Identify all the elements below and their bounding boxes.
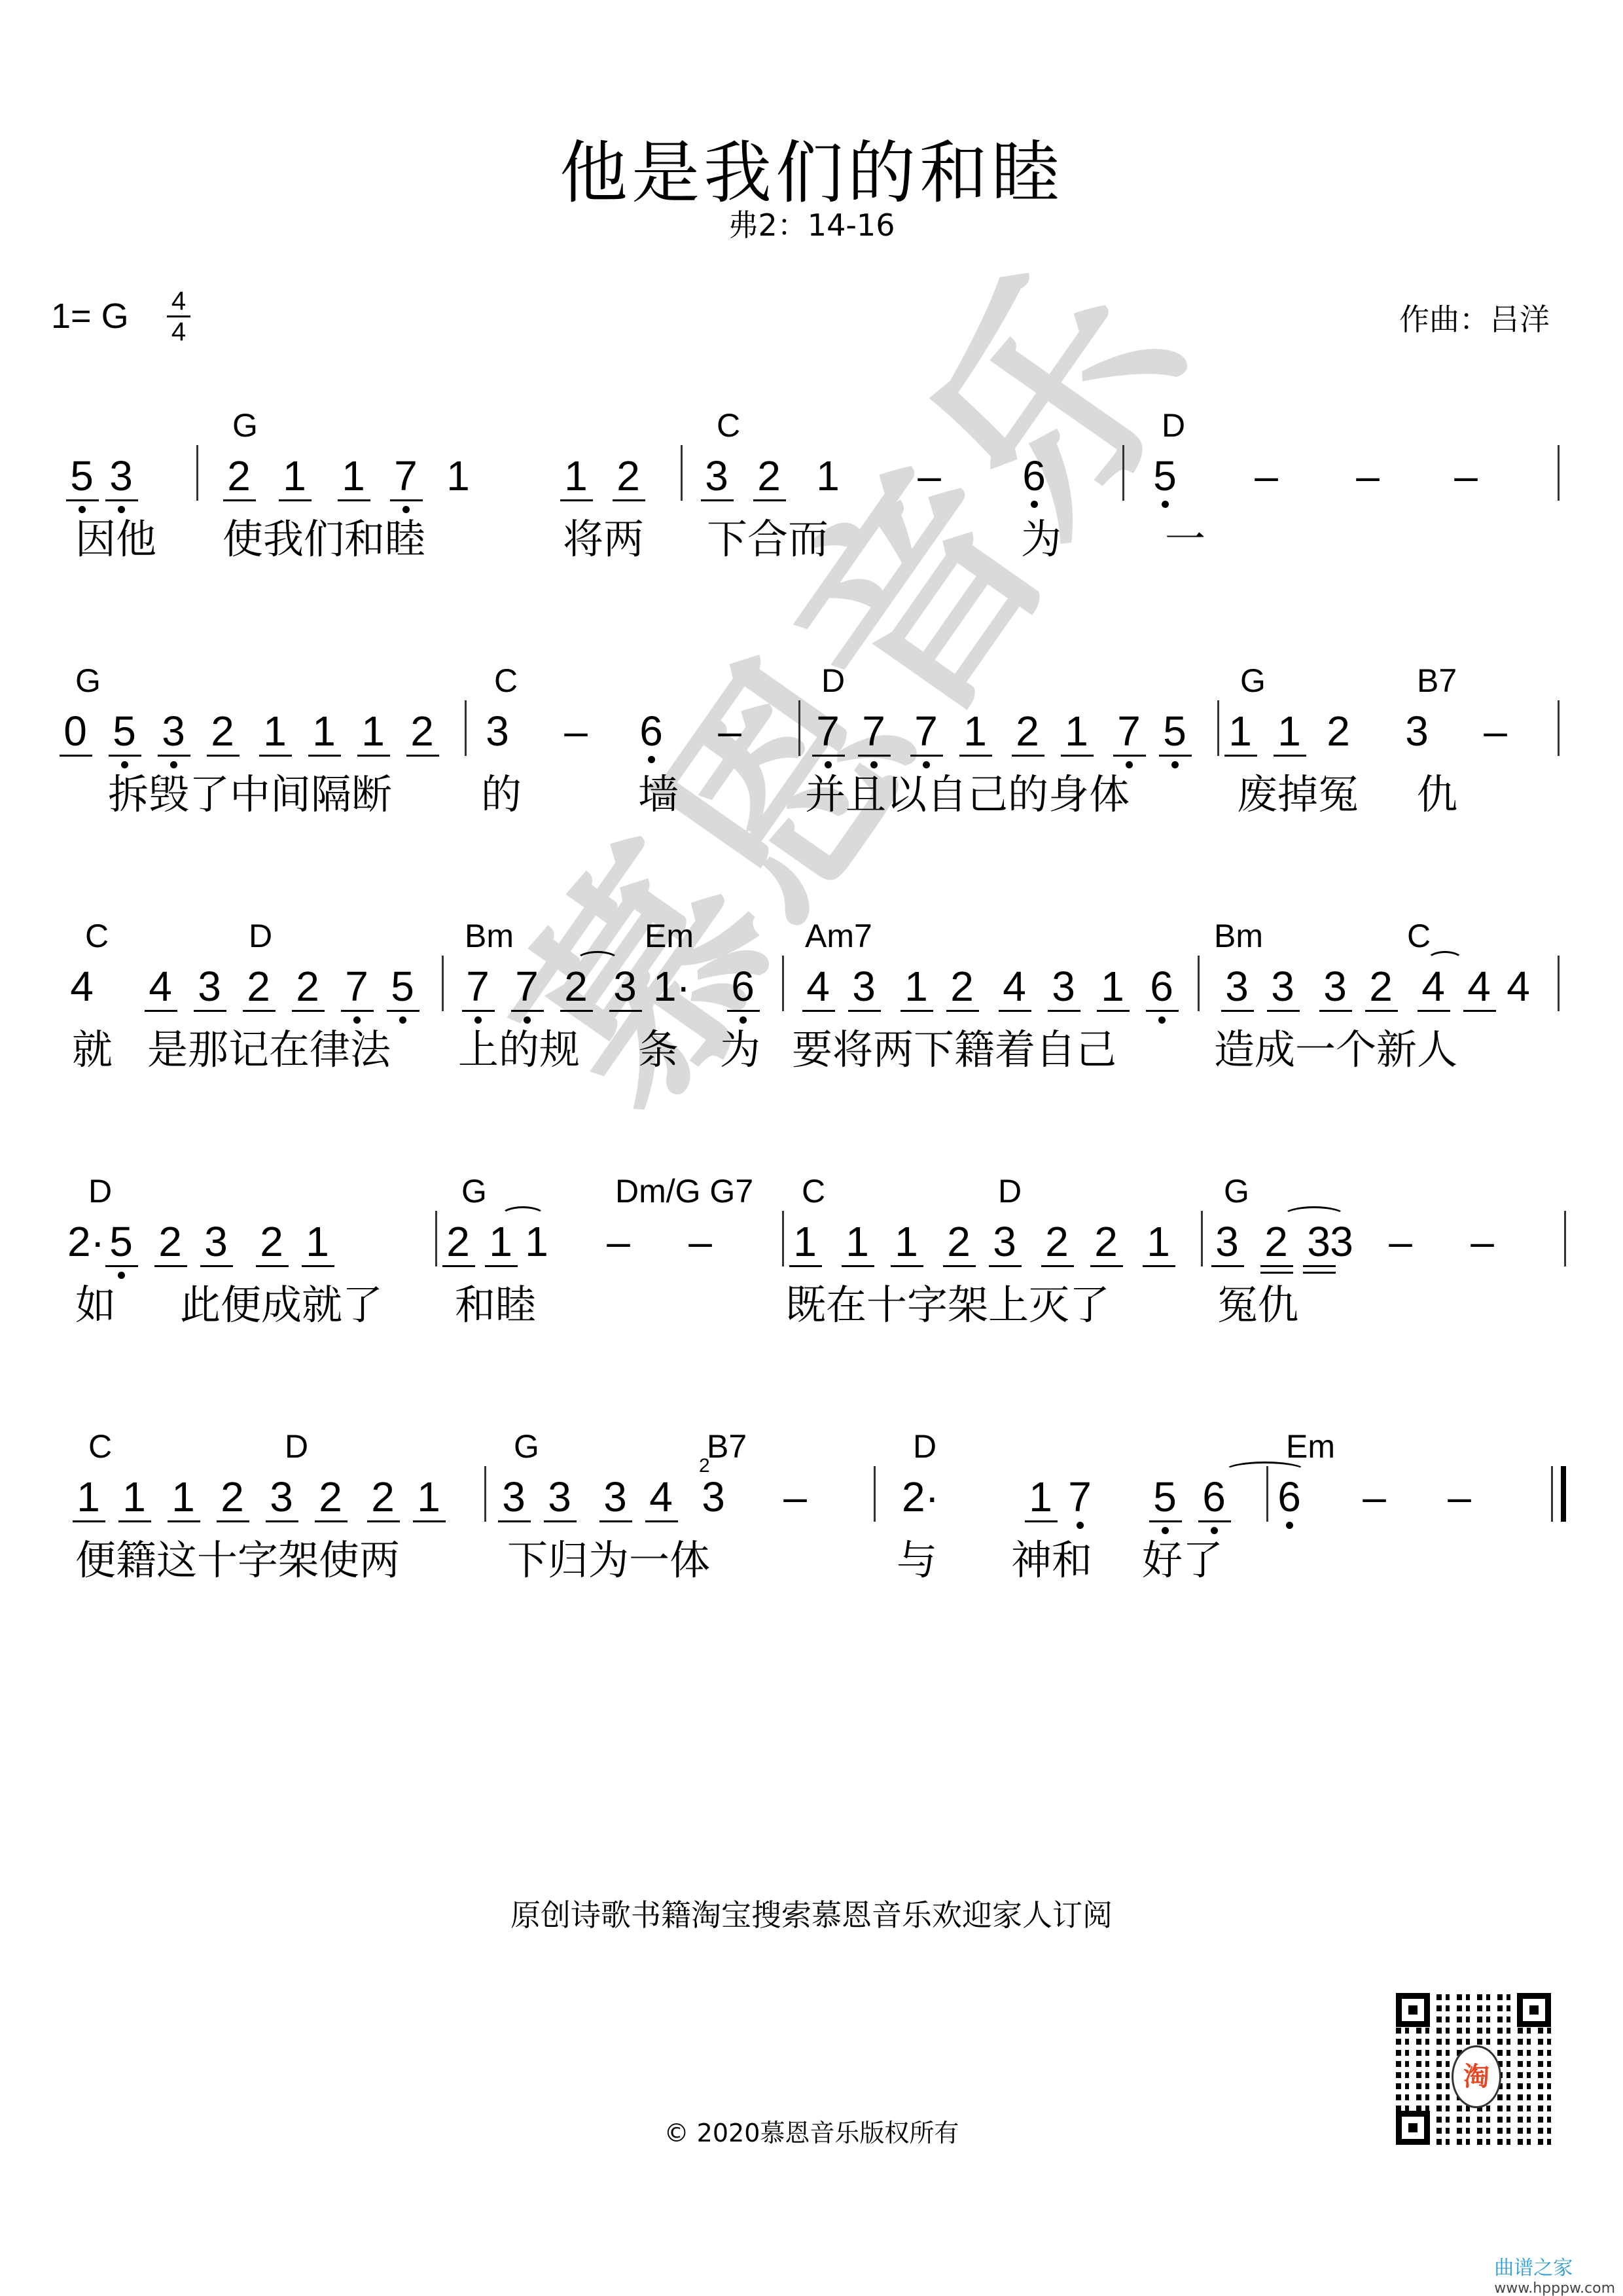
note: 6 bbox=[728, 965, 757, 1007]
time-signature-top: 4 bbox=[167, 288, 190, 314]
tie-slur bbox=[1224, 1462, 1306, 1480]
note: 2 bbox=[1092, 1221, 1120, 1263]
lyric-segment: 便籍这十字架使两 bbox=[75, 1540, 400, 1581]
note: 1 bbox=[74, 1476, 103, 1518]
note: 5 bbox=[388, 965, 417, 1007]
beam-underline bbox=[1012, 755, 1044, 757]
chord-symbol: G bbox=[461, 1175, 487, 1208]
beam-underline bbox=[1303, 1265, 1336, 1267]
note: 3 bbox=[545, 1476, 574, 1518]
beam-underline bbox=[279, 499, 312, 501]
beam-underline bbox=[66, 499, 99, 501]
note: 3 bbox=[195, 965, 224, 1007]
note: 7 bbox=[463, 965, 492, 1007]
chord-symbol: Em bbox=[645, 920, 694, 952]
note: 2· bbox=[902, 1476, 931, 1518]
beam-underline bbox=[1211, 1265, 1244, 1267]
barline bbox=[484, 1466, 486, 1522]
chord-symbol: C bbox=[802, 1175, 825, 1208]
beam-underline bbox=[1025, 1520, 1058, 1522]
note: 7 bbox=[859, 710, 888, 752]
note: 4 bbox=[146, 965, 175, 1007]
low-octave-dot bbox=[648, 756, 655, 763]
beam-underline bbox=[989, 1265, 1022, 1267]
lyric-segment: 下归为一体 bbox=[507, 1540, 710, 1581]
note: 1 bbox=[522, 1221, 551, 1263]
chord-symbol: C bbox=[88, 1430, 112, 1463]
beam-underline bbox=[118, 1520, 151, 1522]
note: 1 bbox=[1144, 1221, 1173, 1263]
beam-underline-2 bbox=[1303, 1272, 1336, 1274]
tie-slur bbox=[576, 951, 619, 970]
beam-underline bbox=[1159, 755, 1192, 757]
note: 1 bbox=[1226, 710, 1255, 752]
beam-underline bbox=[302, 1265, 334, 1267]
lyric-segment: 既在十字架上灭了 bbox=[785, 1285, 1110, 1325]
beam-underline bbox=[1146, 1010, 1179, 1012]
sustain-dash: – bbox=[1360, 1476, 1389, 1518]
note: 1 bbox=[310, 710, 338, 752]
note: 1 bbox=[843, 1221, 872, 1263]
beam-underline bbox=[145, 1010, 177, 1012]
beam-underline bbox=[266, 1520, 298, 1522]
beam-underline-2 bbox=[1260, 1272, 1293, 1274]
sustain-dash: – bbox=[562, 710, 590, 752]
beam-underline bbox=[544, 1520, 577, 1522]
beam-underline bbox=[259, 755, 292, 757]
beam-underline bbox=[168, 1520, 200, 1522]
site-logo[interactable]: 曲谱之家 www.hpppw.com bbox=[1494, 2251, 1615, 2296]
beam-underline bbox=[338, 499, 370, 501]
note: 6 bbox=[1275, 1476, 1304, 1518]
chord-symbol: G bbox=[232, 409, 258, 442]
note: 5 bbox=[1150, 1476, 1179, 1518]
note: 2 bbox=[293, 965, 322, 1007]
barline bbox=[1558, 445, 1560, 501]
beam-underline bbox=[406, 755, 439, 757]
chord-symbol: D bbox=[88, 1175, 112, 1208]
note: 3 bbox=[1327, 1221, 1356, 1263]
note: 1 bbox=[444, 455, 473, 497]
beam-underline bbox=[1267, 1010, 1300, 1012]
note: 7 bbox=[342, 965, 371, 1007]
beam-underline bbox=[1221, 1010, 1254, 1012]
chord-symbol: D bbox=[249, 920, 272, 952]
note: 1 bbox=[1026, 1476, 1055, 1518]
low-octave-dot bbox=[118, 506, 125, 513]
low-octave-dot bbox=[474, 1016, 482, 1024]
note: 3 bbox=[702, 455, 731, 497]
beam-underline bbox=[613, 499, 645, 501]
beam-underline bbox=[1061, 755, 1094, 757]
chord-symbol: D bbox=[998, 1175, 1022, 1208]
beam-underline bbox=[959, 755, 992, 757]
time-signature-bottom: 4 bbox=[167, 319, 190, 345]
time-signature: 4 4 bbox=[167, 288, 190, 345]
site-logo-name: 曲谱之家 bbox=[1494, 2257, 1573, 2280]
beam-underline bbox=[109, 755, 141, 757]
beam-underline bbox=[1365, 1010, 1398, 1012]
beam-underline bbox=[599, 1520, 632, 1522]
note: 3 bbox=[483, 710, 512, 752]
lyric-segment: 要将两下籍着自己 bbox=[792, 1030, 1116, 1070]
note: 1 bbox=[169, 1476, 198, 1518]
lyric-segment: 并且以自己的身体 bbox=[805, 774, 1130, 815]
low-octave-dot bbox=[170, 761, 177, 768]
note: 2 bbox=[944, 1221, 973, 1263]
note: 7 bbox=[1115, 710, 1143, 752]
final-barline bbox=[1561, 1466, 1566, 1522]
beam-underline bbox=[200, 1265, 233, 1267]
note: 7 bbox=[391, 455, 420, 497]
beam-underline bbox=[999, 1010, 1031, 1012]
note: 3 bbox=[267, 1476, 296, 1518]
lyric-segment: 拆毁了中间隔断 bbox=[108, 774, 392, 815]
beam-underline bbox=[498, 1520, 531, 1522]
note: 3 bbox=[202, 1221, 230, 1263]
sustain-dash: – bbox=[604, 1221, 633, 1263]
low-octave-dot bbox=[1126, 761, 1133, 768]
chord-symbol: C bbox=[717, 409, 740, 442]
lyric-segment: 如 bbox=[75, 1285, 116, 1325]
scripture-reference: 弗2：14-16 bbox=[0, 202, 1623, 245]
note: 1 bbox=[280, 455, 309, 497]
beam-underline bbox=[292, 1010, 325, 1012]
lyric-segment: 下合而 bbox=[707, 519, 829, 560]
note: 1 bbox=[902, 965, 931, 1007]
barline bbox=[196, 445, 198, 501]
low-octave-dot bbox=[353, 1016, 361, 1024]
low-octave-dot bbox=[740, 1016, 747, 1024]
low-octave-dot bbox=[402, 506, 410, 513]
note: 4 bbox=[1465, 965, 1493, 1007]
beam-underline bbox=[315, 1520, 348, 1522]
beam-underline bbox=[207, 755, 240, 757]
note: 3 bbox=[601, 1476, 630, 1518]
lyric-segment: 使我们和睦 bbox=[223, 519, 425, 560]
beam-underline bbox=[842, 1265, 874, 1267]
note: 1 bbox=[260, 710, 289, 752]
chord-symbol: C bbox=[494, 664, 518, 697]
beam-underline bbox=[1041, 1265, 1074, 1267]
lyric-segment: 是那记在律法 bbox=[147, 1030, 391, 1070]
site-logo-url: www.hpppw.com bbox=[1494, 2280, 1615, 2296]
note: 2 bbox=[224, 455, 253, 497]
note: 2 bbox=[316, 1476, 345, 1518]
beam-underline bbox=[848, 1010, 881, 1012]
barline bbox=[1198, 956, 1200, 1011]
beam-underline bbox=[194, 1010, 226, 1012]
barline bbox=[1217, 700, 1219, 756]
composer-credit: 作曲：吕洋 bbox=[1399, 296, 1550, 339]
beam-underline bbox=[812, 755, 845, 757]
beam-underline bbox=[73, 1520, 105, 1522]
note: 3 bbox=[849, 965, 878, 1007]
beam-underline bbox=[158, 755, 190, 757]
beam-underline bbox=[442, 1265, 475, 1267]
low-octave-dot bbox=[923, 761, 930, 768]
chord-symbol: B7 bbox=[707, 1430, 747, 1463]
sustain-dash: – bbox=[781, 1476, 810, 1518]
beam-underline bbox=[727, 1010, 760, 1012]
note: 2 bbox=[156, 1221, 185, 1263]
note: 4 bbox=[647, 1476, 675, 1518]
chord-symbol: Em bbox=[1286, 1430, 1335, 1463]
note: 7 bbox=[1065, 1476, 1094, 1518]
note: 6 bbox=[637, 710, 666, 752]
note: 2 bbox=[1366, 965, 1395, 1007]
beam-underline bbox=[60, 755, 92, 757]
beam-underline bbox=[560, 1010, 593, 1012]
beam-underline bbox=[891, 1265, 923, 1267]
note: 2 bbox=[1043, 1221, 1071, 1263]
note: 2 bbox=[368, 1476, 397, 1518]
beam-underline bbox=[1143, 1265, 1175, 1267]
beam-underline bbox=[701, 499, 734, 501]
low-octave-dot bbox=[399, 1016, 406, 1024]
sustain-dash: – bbox=[1452, 455, 1480, 497]
note: 5 bbox=[1150, 455, 1179, 497]
beam-underline bbox=[858, 755, 891, 757]
beam-underline bbox=[1319, 1010, 1352, 1012]
barline bbox=[782, 956, 784, 1011]
note: 3 bbox=[1222, 965, 1251, 1007]
beam-underline bbox=[901, 1010, 933, 1012]
barline bbox=[782, 1211, 784, 1266]
beam-underline bbox=[308, 755, 341, 757]
note: 2 bbox=[408, 710, 437, 752]
note: 1 bbox=[892, 1221, 921, 1263]
chord-symbol: Am7 bbox=[805, 920, 872, 952]
beam-underline bbox=[1463, 1010, 1496, 1012]
beam-underline bbox=[341, 1010, 374, 1012]
note: 3 bbox=[107, 455, 135, 497]
note: 1 bbox=[961, 710, 990, 752]
note: 5 bbox=[67, 455, 96, 497]
chord-symbol: D bbox=[285, 1430, 308, 1463]
beam-underline bbox=[367, 1520, 400, 1522]
copyright-text: © 2020慕恩音乐版权所有 bbox=[0, 2113, 1623, 2149]
beam-underline bbox=[645, 1520, 678, 1522]
lyric-segment: 上的规 bbox=[458, 1030, 580, 1070]
sustain-dash: – bbox=[915, 455, 944, 497]
beam-underline bbox=[154, 1265, 187, 1267]
note: 1 bbox=[359, 710, 387, 752]
low-octave-dot bbox=[118, 1272, 125, 1279]
note: 2· bbox=[67, 1221, 96, 1263]
beam-underline bbox=[1274, 755, 1306, 757]
note: 1 bbox=[414, 1476, 443, 1518]
low-octave-dot bbox=[1031, 501, 1038, 508]
beam-underline bbox=[1260, 1265, 1293, 1267]
note: 3 bbox=[499, 1476, 528, 1518]
chord-symbol: D bbox=[821, 664, 845, 697]
note: 5 bbox=[1160, 710, 1189, 752]
note: 2 bbox=[1262, 1221, 1291, 1263]
chord-symbol: C bbox=[1407, 920, 1431, 952]
low-octave-dot bbox=[79, 506, 86, 513]
beam-underline bbox=[243, 1010, 276, 1012]
note: 4 bbox=[67, 965, 96, 1007]
promo-text: 原创诗歌书籍淘宝搜索慕恩音乐欢迎家人订阅 bbox=[0, 1892, 1623, 1935]
note: 4 bbox=[1419, 965, 1448, 1007]
note: 2 bbox=[1013, 710, 1042, 752]
low-octave-dot bbox=[870, 761, 878, 768]
note: 3 bbox=[1268, 965, 1297, 1007]
low-octave-dot bbox=[1077, 1522, 1084, 1529]
note: 0 bbox=[61, 710, 90, 752]
beam-underline bbox=[105, 499, 138, 501]
beam-underline bbox=[789, 1265, 822, 1267]
tie-slur bbox=[501, 1206, 545, 1225]
note: 6 bbox=[1200, 1476, 1228, 1518]
sustain-dash: – bbox=[1386, 1221, 1415, 1263]
beam-underline bbox=[1097, 1010, 1130, 1012]
note: 1 bbox=[486, 1221, 515, 1263]
low-octave-dot bbox=[121, 761, 128, 768]
note: 3 bbox=[159, 710, 188, 752]
lyric-segment: 条 bbox=[638, 1030, 679, 1070]
note: 2 bbox=[244, 965, 273, 1007]
note: 2 bbox=[1324, 710, 1353, 752]
beam-underline bbox=[1048, 1010, 1080, 1012]
barline bbox=[1551, 1466, 1553, 1522]
note: 2 bbox=[562, 965, 590, 1007]
chord-symbol: C bbox=[85, 920, 109, 952]
barline bbox=[874, 1466, 876, 1522]
low-octave-dot bbox=[1158, 1016, 1166, 1024]
beam-underline bbox=[802, 1010, 835, 1012]
barline bbox=[442, 956, 444, 1011]
lyric-segment: 墙 bbox=[638, 774, 679, 815]
beam-underline bbox=[485, 1265, 518, 1267]
chord-symbol: Bm bbox=[465, 920, 514, 952]
lyric-segment: 与 bbox=[897, 1540, 937, 1581]
barline bbox=[1558, 700, 1560, 756]
note: 1 bbox=[1275, 710, 1304, 752]
note: 4 bbox=[1000, 965, 1029, 1007]
note: 1 bbox=[813, 455, 842, 497]
lyric-segment: 为 bbox=[720, 1030, 760, 1070]
barline bbox=[1564, 1211, 1566, 1266]
chord-symbol: G bbox=[1224, 1175, 1249, 1208]
lyric-segment: 神和 bbox=[1011, 1540, 1092, 1581]
qr-finder-top-right bbox=[1517, 1993, 1551, 2027]
note: 5 bbox=[110, 710, 139, 752]
chord-symbol: Bm bbox=[1214, 920, 1263, 952]
low-octave-dot bbox=[825, 761, 832, 768]
barline bbox=[1558, 956, 1560, 1011]
note: 2 bbox=[948, 965, 976, 1007]
note: 6 bbox=[1020, 455, 1048, 497]
tie-slur bbox=[1283, 1206, 1346, 1225]
lyric-segment: 冤仇 bbox=[1217, 1285, 1298, 1325]
sustain-dash: – bbox=[715, 710, 744, 752]
beam-underline bbox=[462, 1010, 495, 1012]
beam-underline bbox=[387, 1010, 419, 1012]
note: 3 bbox=[1213, 1221, 1241, 1263]
beam-underline bbox=[1224, 755, 1257, 757]
low-octave-dot bbox=[1162, 1527, 1169, 1534]
lyric-segment: 就 bbox=[72, 1030, 113, 1070]
lyric-segment: 好了 bbox=[1142, 1540, 1223, 1581]
lyric-segment: 废掉冤 bbox=[1237, 774, 1359, 815]
chord-symbol: G bbox=[75, 664, 101, 697]
barline bbox=[435, 1211, 437, 1266]
lyric-segment: 的 bbox=[481, 774, 522, 815]
sustain-dash: – bbox=[1252, 455, 1281, 497]
lyric-segment: 造成一个新人 bbox=[1214, 1030, 1457, 1070]
lyric-segment: 一 bbox=[1165, 519, 1205, 560]
beam-underline bbox=[217, 1520, 249, 1522]
note: 6 bbox=[1147, 965, 1176, 1007]
note: 1 bbox=[562, 455, 590, 497]
sustain-dash: – bbox=[1468, 1221, 1497, 1263]
note: 5 bbox=[107, 1221, 135, 1263]
qr-finder-bottom-left bbox=[1396, 2111, 1430, 2145]
beam-underline bbox=[943, 1265, 976, 1267]
chord-symbol: Dm/G G7 bbox=[615, 1175, 753, 1208]
note: 2 bbox=[755, 455, 783, 497]
barline bbox=[681, 445, 683, 501]
note: 1 bbox=[303, 1221, 332, 1263]
barline bbox=[1201, 1211, 1203, 1266]
note: 2 bbox=[257, 1221, 286, 1263]
note: 2 bbox=[614, 455, 643, 497]
note: 7 bbox=[813, 710, 842, 752]
grace-note: 2 bbox=[699, 1450, 710, 1482]
sustain-dash: – bbox=[1353, 455, 1382, 497]
beam-underline bbox=[1198, 1520, 1231, 1522]
note: 2 bbox=[218, 1476, 247, 1518]
note: 1 bbox=[120, 1476, 149, 1518]
note: 1 bbox=[791, 1221, 819, 1263]
chord-symbol: G bbox=[514, 1430, 539, 1463]
chord-symbol: B7 bbox=[1417, 664, 1457, 697]
beam-underline bbox=[511, 1010, 544, 1012]
sustain-dash: – bbox=[1445, 1476, 1474, 1518]
lyric-segment: 仇 bbox=[1417, 774, 1457, 815]
note: 7 bbox=[512, 965, 541, 1007]
chord-symbol: D bbox=[1162, 409, 1185, 442]
note: 2 bbox=[208, 710, 237, 752]
taobao-badge-icon: 淘 bbox=[1452, 2045, 1501, 2108]
note: 1 bbox=[1098, 965, 1127, 1007]
note: 3 bbox=[1049, 965, 1078, 1007]
note: 1 bbox=[1062, 710, 1091, 752]
beam-underline bbox=[105, 1265, 138, 1267]
beam-underline bbox=[1149, 1520, 1182, 1522]
beam-underline bbox=[1418, 1010, 1450, 1012]
beam-underline bbox=[1113, 755, 1146, 757]
beam-underline bbox=[946, 1010, 979, 1012]
barline bbox=[1122, 445, 1124, 501]
beam-underline bbox=[357, 755, 390, 757]
tie-slur bbox=[1427, 951, 1463, 970]
lyric-segment: 因他 bbox=[75, 519, 156, 560]
note: 3 bbox=[1402, 710, 1431, 752]
lyric-segment: 将两 bbox=[563, 519, 644, 560]
low-octave-dot bbox=[524, 1016, 531, 1024]
key-signature: 1= G bbox=[51, 296, 129, 336]
lyric-segment: 为 bbox=[1021, 519, 1061, 560]
note: 7 bbox=[912, 710, 940, 752]
note: 3 bbox=[990, 1221, 1019, 1263]
note: 1 bbox=[339, 455, 368, 497]
sustain-dash: – bbox=[1481, 710, 1510, 752]
beam-underline bbox=[1090, 1265, 1123, 1267]
note: 3 bbox=[1321, 965, 1349, 1007]
